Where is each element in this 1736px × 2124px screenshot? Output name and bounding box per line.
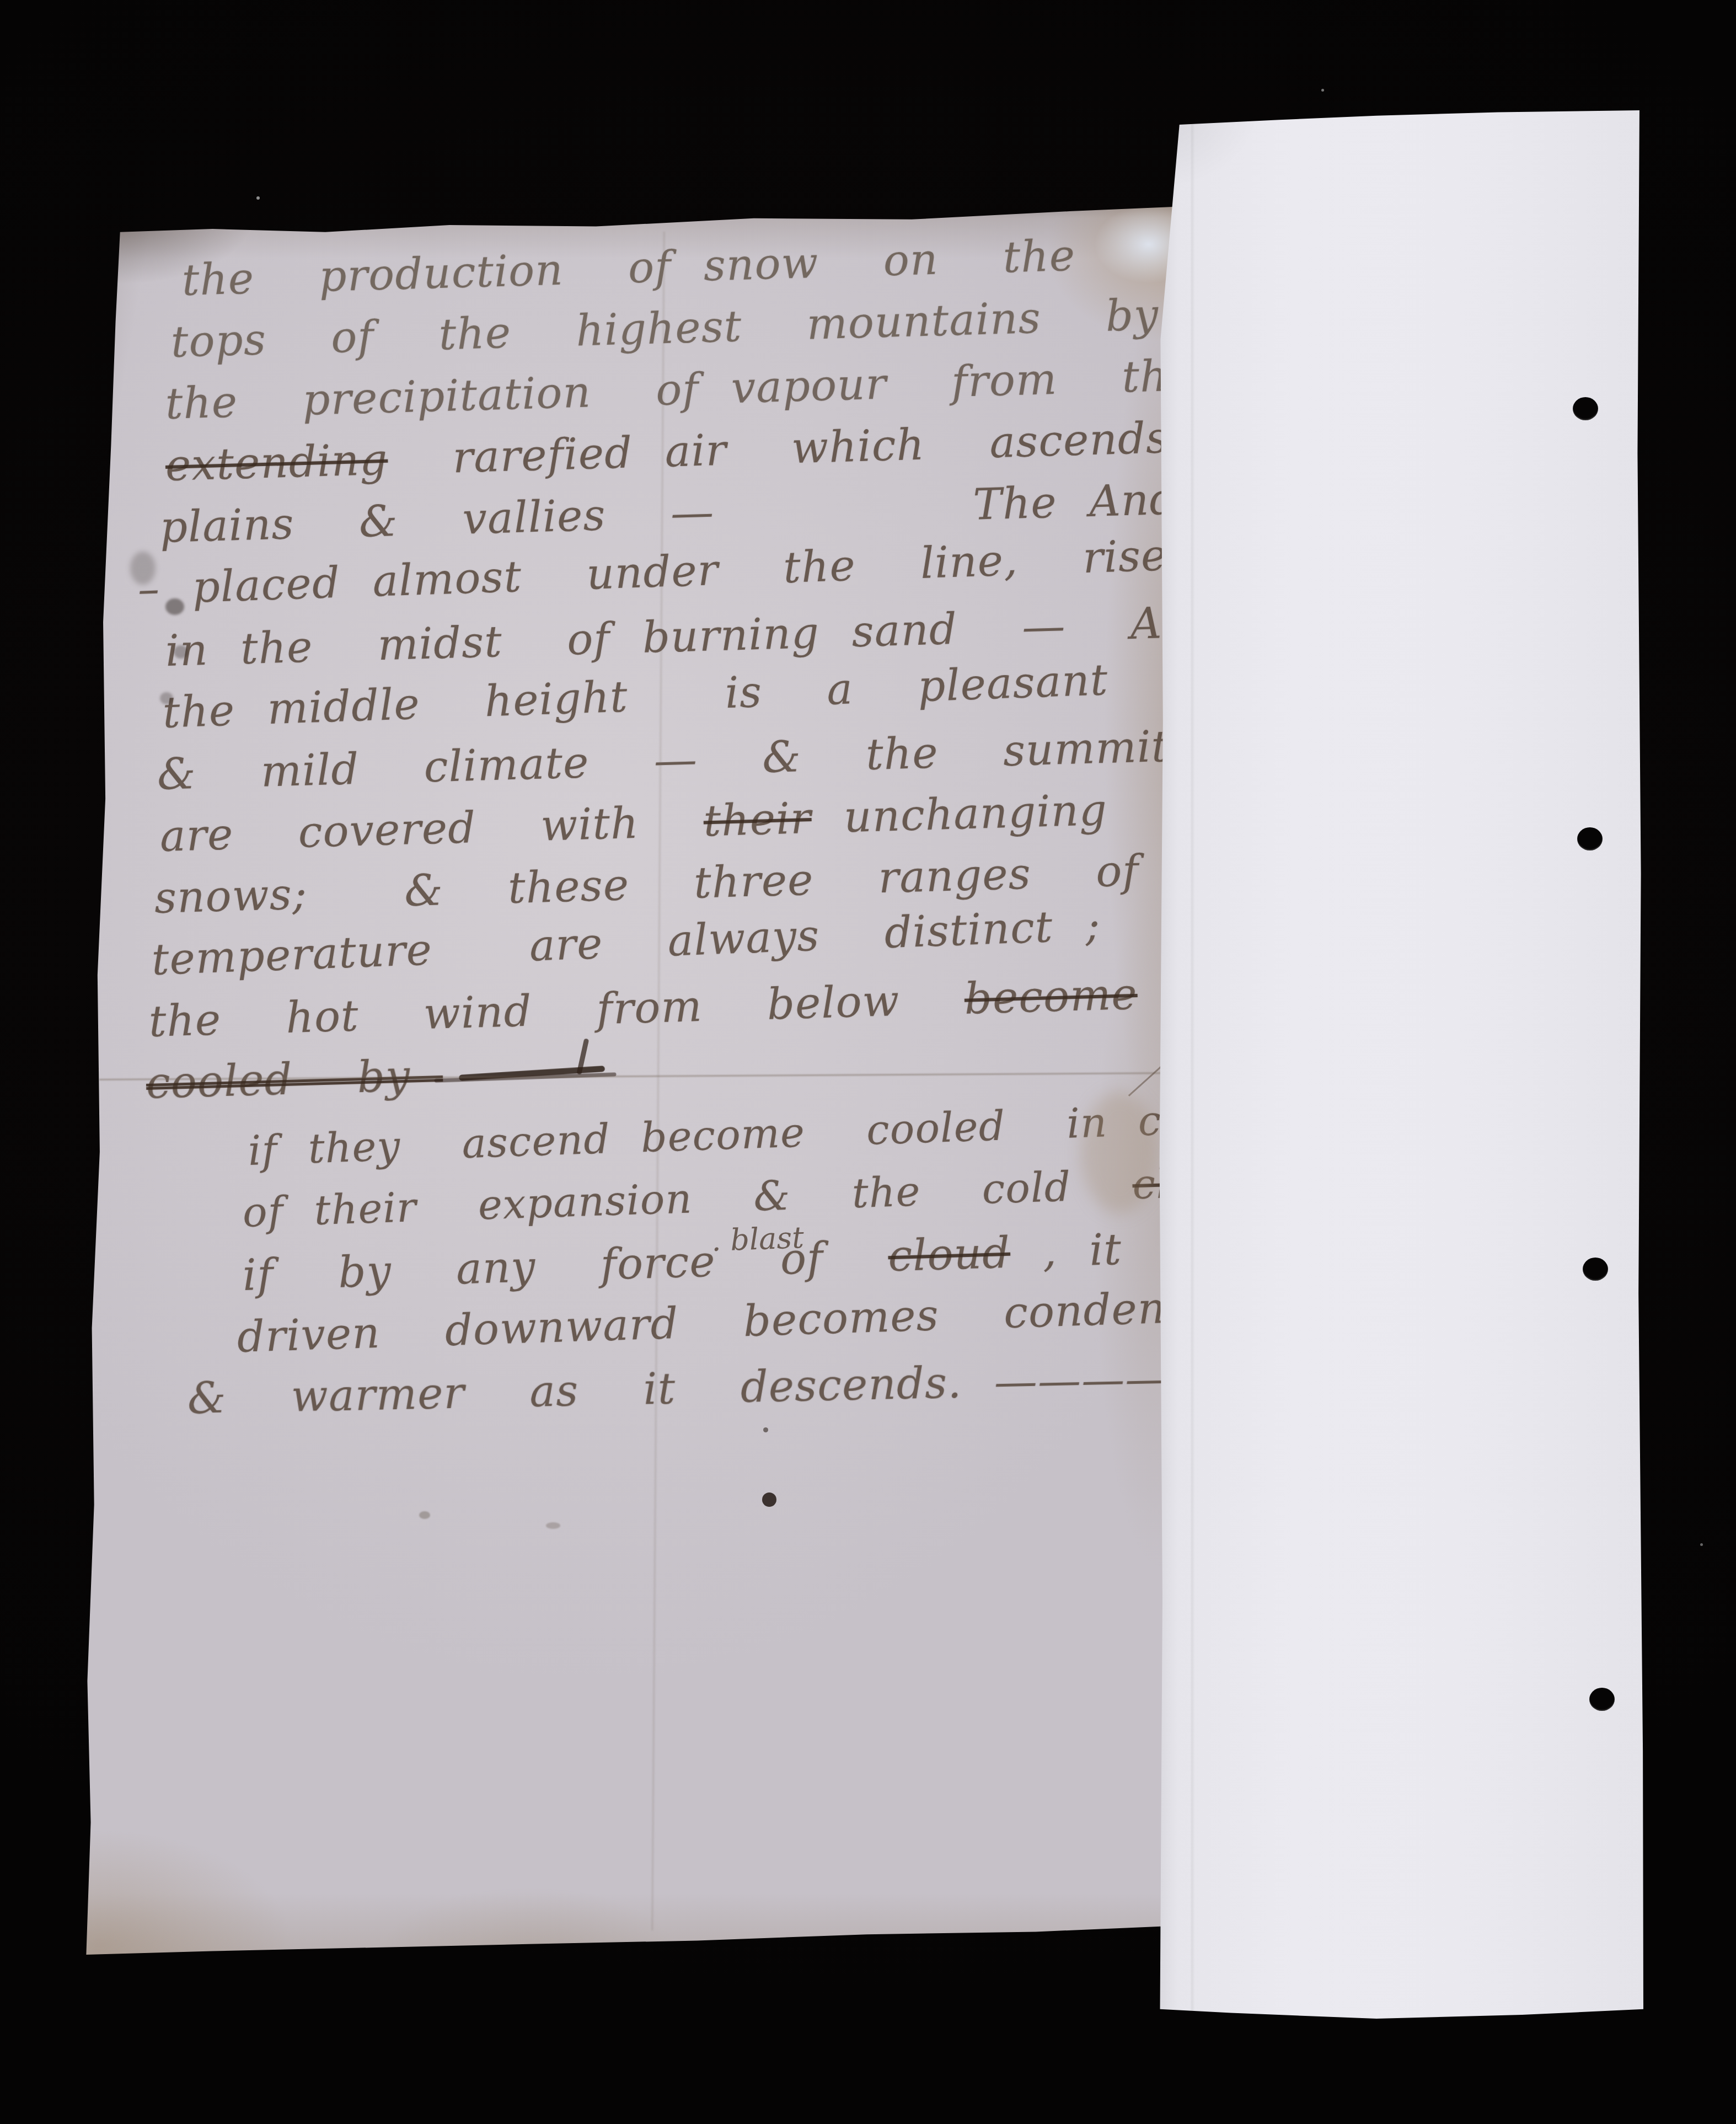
manuscript-line: & mild climate — & the summits bbox=[157, 725, 1193, 796]
inserted-word-blast: . blast bbox=[711, 1220, 805, 1258]
line-text: the production of snow on the bbox=[181, 231, 1076, 306]
manuscript-line: are covered with their unchanging bbox=[159, 789, 1108, 858]
dust-speck bbox=[1321, 89, 1324, 92]
white-paper-strip bbox=[1158, 110, 1643, 2019]
faint-smudge bbox=[546, 1522, 560, 1529]
manuscript-line: the precipitation of vapour from the bbox=[165, 354, 1195, 426]
line-text: & warmer as it descends. ———— bbox=[187, 1354, 1169, 1424]
dust-speck bbox=[1700, 1543, 1703, 1546]
manuscript-line: the hot wind from below become bbox=[148, 973, 1138, 1044]
vertical-fold-crease bbox=[651, 232, 665, 1930]
line-text: the hot wind from below bbox=[148, 975, 965, 1047]
dust-speck bbox=[256, 196, 260, 200]
faint-smudge bbox=[419, 1511, 430, 1519]
line-text: are covered with bbox=[159, 796, 704, 862]
punch-hole bbox=[1577, 827, 1603, 850]
manuscript-line: & warmer as it descends. ———— bbox=[187, 1357, 1169, 1421]
edge-stain bbox=[130, 552, 156, 585]
manuscript-page: the production of snow on the tops of th… bbox=[77, 199, 1205, 1964]
ink-dot bbox=[762, 1492, 776, 1507]
photograph-backdrop: the production of snow on the tops of th… bbox=[0, 0, 1736, 2124]
ink-speck bbox=[763, 1427, 768, 1432]
strikethrough-text: their bbox=[703, 794, 812, 846]
ink-smudge bbox=[165, 598, 184, 615]
ink-smudge bbox=[174, 645, 188, 659]
punch-hole bbox=[1573, 397, 1598, 420]
heavy-scribble-deletion bbox=[459, 1066, 605, 1081]
punch-hole bbox=[1583, 1258, 1608, 1281]
punch-hole bbox=[1589, 1688, 1615, 1711]
line-text: of their expansion & the cold bbox=[242, 1161, 1133, 1237]
manuscript-line: the production of snow on the bbox=[181, 234, 1076, 302]
ink-smudge bbox=[160, 692, 173, 704]
paper-stain bbox=[1081, 1092, 1158, 1213]
strikethrough-text: extending bbox=[165, 435, 389, 491]
line-text: unchanging bbox=[811, 785, 1108, 843]
strikethrough-text: cloud bbox=[887, 1228, 1011, 1282]
strikethrough-text: become bbox=[964, 970, 1138, 1024]
line-text bbox=[605, 1046, 607, 1096]
edge-crack-mark bbox=[1128, 1066, 1162, 1096]
manuscript-line: tops of the highest mountains by bbox=[170, 293, 1159, 364]
